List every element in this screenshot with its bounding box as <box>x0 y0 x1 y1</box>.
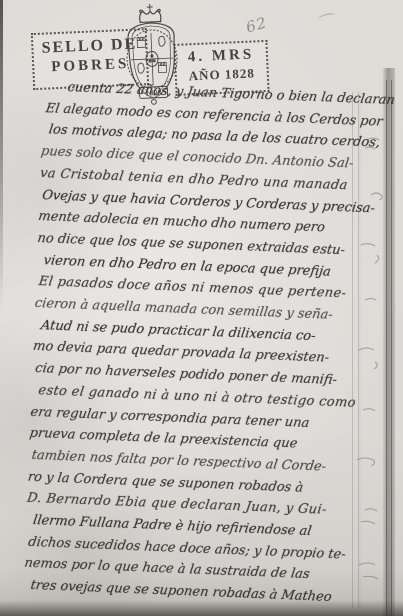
page-bottom-shadow <box>0 600 403 616</box>
bleedthrough-marks <box>347 100 403 600</box>
scan-left-edge <box>0 0 3 310</box>
manuscript-page: SELLO DE POBRES 4. MRS AÑO 1828 <box>0 0 403 616</box>
manuscript-lines: cuenta 22 años, y Juan Tigorno o bien la… <box>23 76 360 609</box>
pencil-mark <box>318 12 337 22</box>
